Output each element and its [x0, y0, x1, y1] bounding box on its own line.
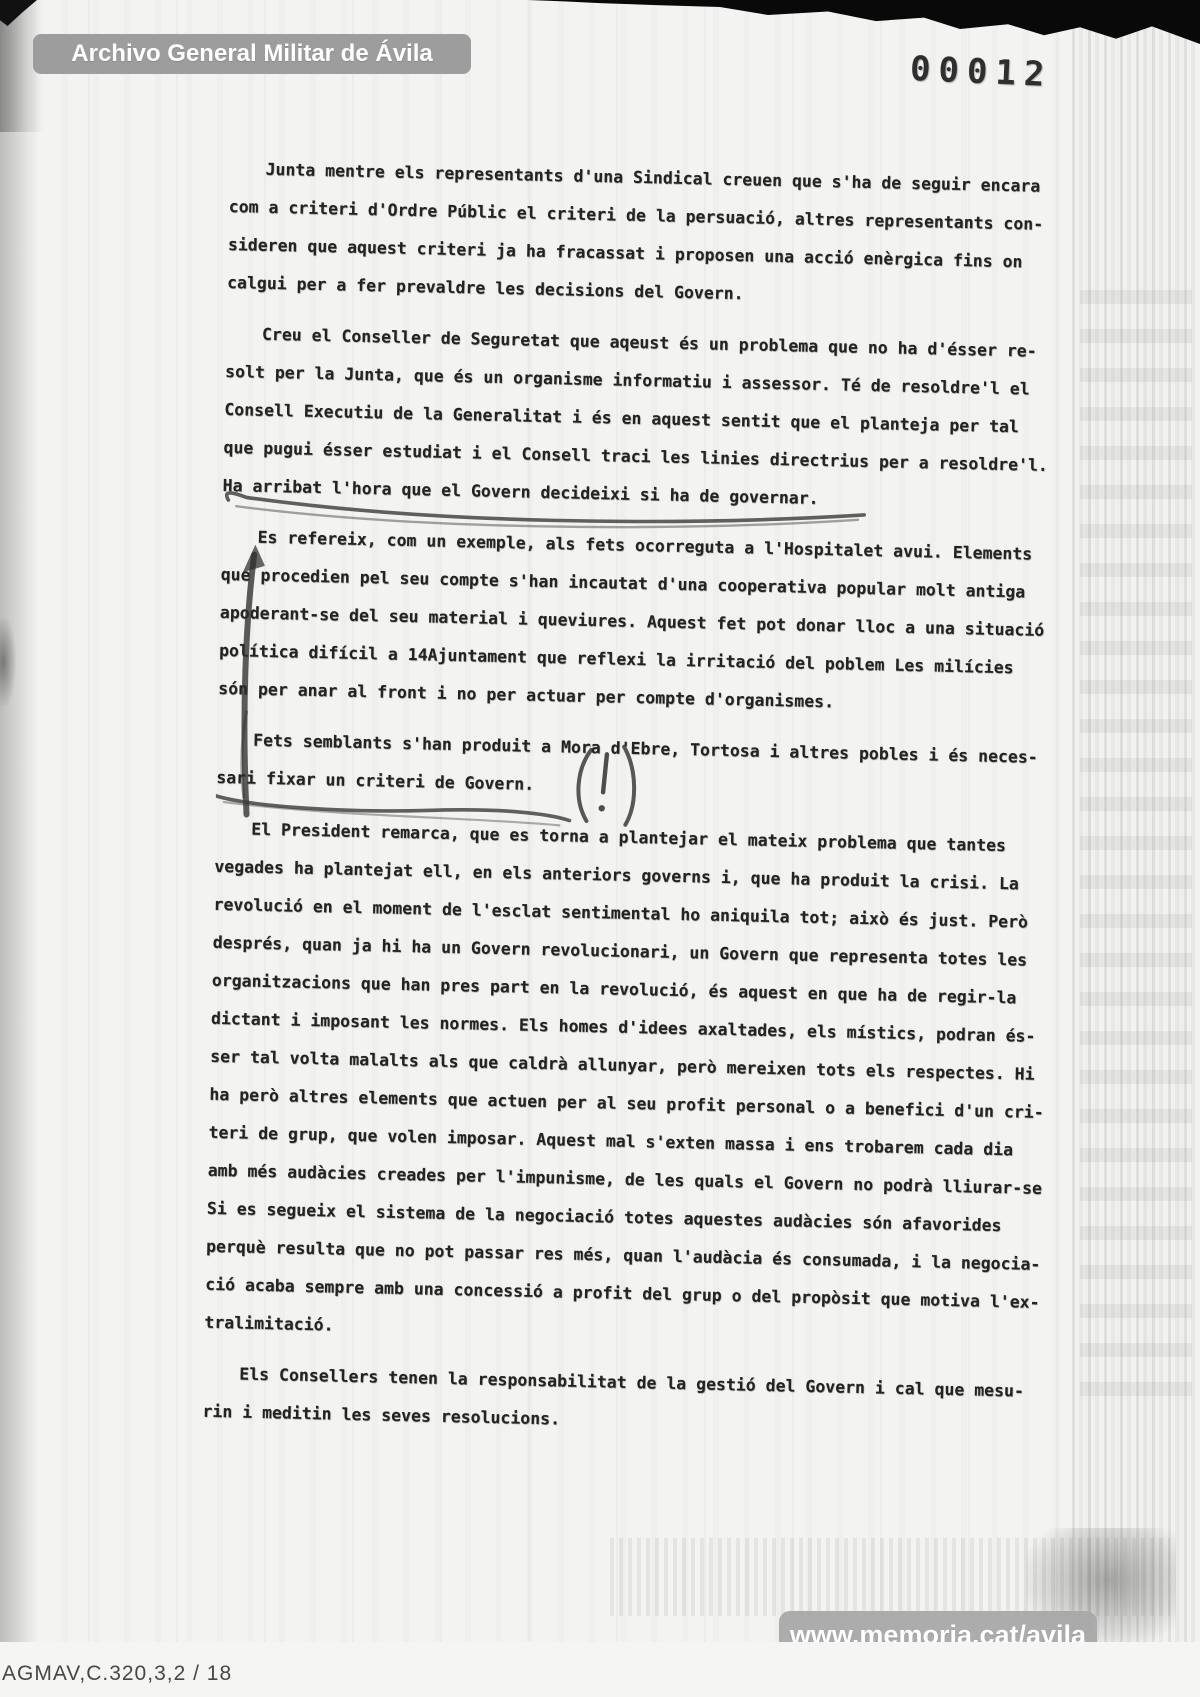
paragraph: Junta mentre els representants d'una Sin…	[227, 150, 1100, 321]
paragraph: Fets semblants s'han produit a Mora d'Eb…	[216, 721, 1087, 816]
left-page-edge-shadow	[0, 0, 36, 1642]
archive-watermark-badge: Archivo General Militar de Ávila	[33, 34, 471, 74]
archive-reference: AGMAV,C.320,3,2 / 18	[2, 1662, 232, 1686]
scanned-page: Junta mentre els representants d'una Sin…	[0, 0, 1200, 1642]
paragraph: El President remarca, que es torna a pla…	[204, 810, 1085, 1361]
paragraph: Es refereix, com un exemple, als fets oc…	[218, 518, 1092, 727]
scan-smudge	[0, 618, 16, 706]
scan-smudge	[610, 1538, 1170, 1616]
page-number-stamp: 00012	[909, 49, 1053, 95]
paragraph: Creu el Conseller de Seguretat que aqeus…	[222, 315, 1096, 524]
scanned-document-screenshot: Junta mentre els representants d'una Sin…	[0, 0, 1200, 1697]
document-text: Junta mentre els representants d'una Sin…	[202, 150, 1100, 1450]
archive-watermark-label: Archivo General Militar de Ávila	[71, 40, 432, 68]
